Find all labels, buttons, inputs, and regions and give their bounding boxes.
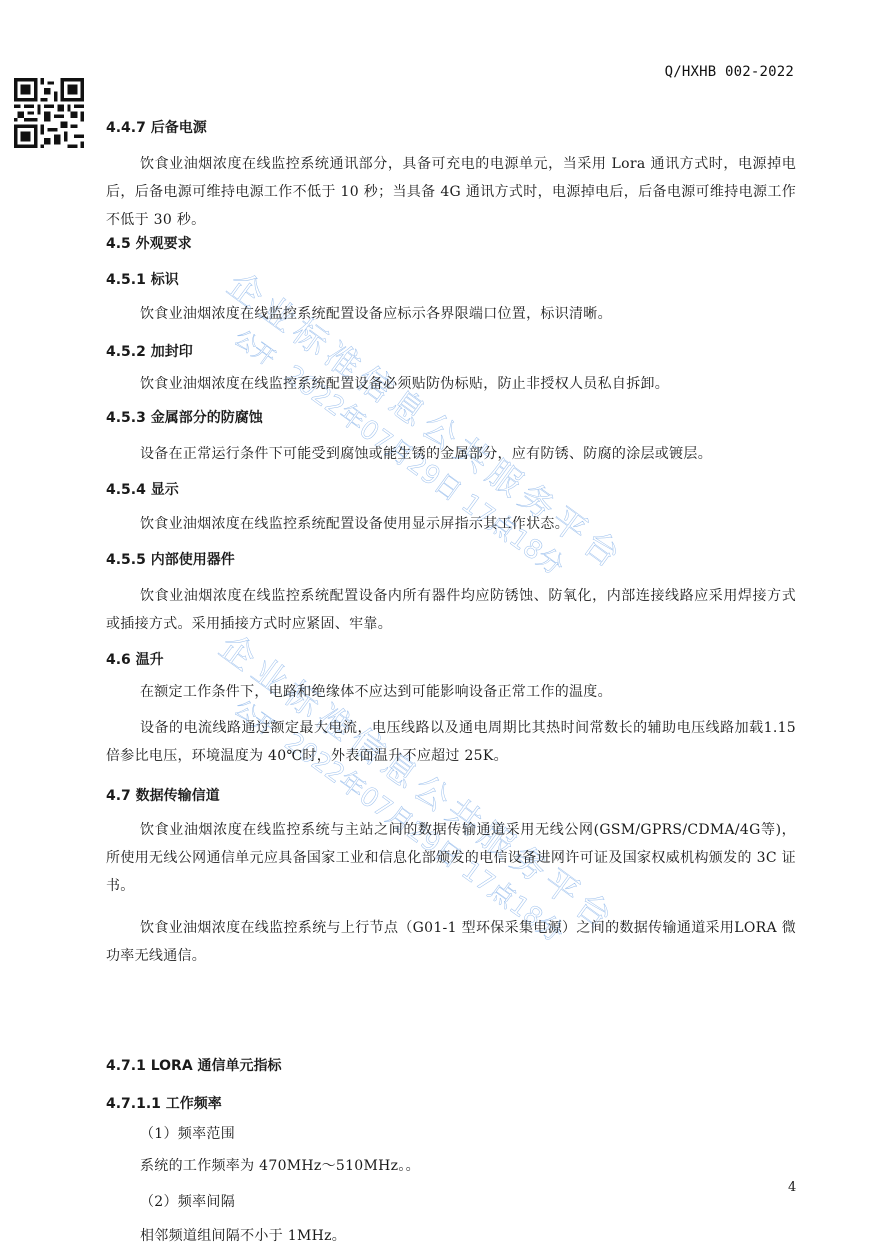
section-heading: 4.5.1 标识 [106, 270, 179, 290]
section-paragraph: 设备的电流线路通过额定最大电流，电压线路以及通电周期比其热时间常数长的辅助电压线… [106, 714, 796, 770]
section-paragraph: 饮食业油烟浓度在线监控系统配置设备必须贴防伪标贴，防止非授权人员私自拆卸。 [106, 370, 796, 398]
document-page: Q/HXHB 002-2022 企业标准信息公共服务平台 公开 2022年07月… [0, 0, 890, 1258]
section-heading: 4.5 外观要求 [106, 234, 192, 254]
section-heading: 4.5.2 加封印 [106, 342, 193, 362]
section-paragraph: 饮食业油烟浓度在线监控系统与主站之间的数据传输通道采用无线公网(GSM/GPRS… [106, 816, 796, 900]
section-paragraph: 饮食业油烟浓度在线监控系统配置设备应标示各界限端口位置，标识清晰。 [106, 300, 796, 328]
qr-code-icon [14, 78, 84, 148]
section-paragraph: 饮食业油烟浓度在线监控系统配置设备内所有器件均应防锈蚀、防氧化，内部连接线路应采… [106, 582, 796, 638]
section-paragraph: 在额定工作条件下，电路和绝缘体不应达到可能影响设备正常工作的温度。 [106, 678, 796, 706]
item-label: （2）频率间隔 [140, 1188, 830, 1216]
section-paragraph: 饮食业油烟浓度在线监控系统与上行节点（G01-1 型环保采集电源）之间的数据传输… [106, 914, 796, 970]
page-number: 4 [788, 1180, 796, 1195]
section-paragraph: 饮食业油烟浓度在线监控系统通讯部分，具备可充电的电源单元，当采用 Lora 通讯… [106, 150, 796, 234]
item-text: 相邻频道组间隔不小于 1MHz。 [140, 1222, 796, 1250]
section-paragraph: 饮食业油烟浓度在线监控系统配置设备使用显示屏指示其工作状态。 [106, 510, 796, 538]
section-heading: 4.5.4 显示 [106, 480, 179, 500]
section-heading: 4.7.1 LORA 通信单元指标 [106, 1056, 282, 1076]
section-heading: 4.7.1.1 工作频率 [106, 1094, 222, 1114]
section-heading: 4.6 温升 [106, 650, 164, 670]
item-label: （1）频率范围 [140, 1120, 830, 1148]
section-paragraph: 设备在正常运行条件下可能受到腐蚀或能生锈的金属部分，应有防锈、防腐的涂层或镀层。 [106, 440, 796, 468]
section-heading: 4.4.7 后备电源 [106, 118, 207, 138]
item-text: 系统的工作频率为 470MHz～510MHz。。 [140, 1152, 796, 1180]
section-heading: 4.5.3 金属部分的防腐蚀 [106, 408, 263, 428]
document-code: Q/HXHB 002-2022 [665, 64, 794, 80]
section-heading: 4.5.5 内部使用器件 [106, 550, 235, 570]
section-heading: 4.7 数据传输信道 [106, 786, 220, 806]
